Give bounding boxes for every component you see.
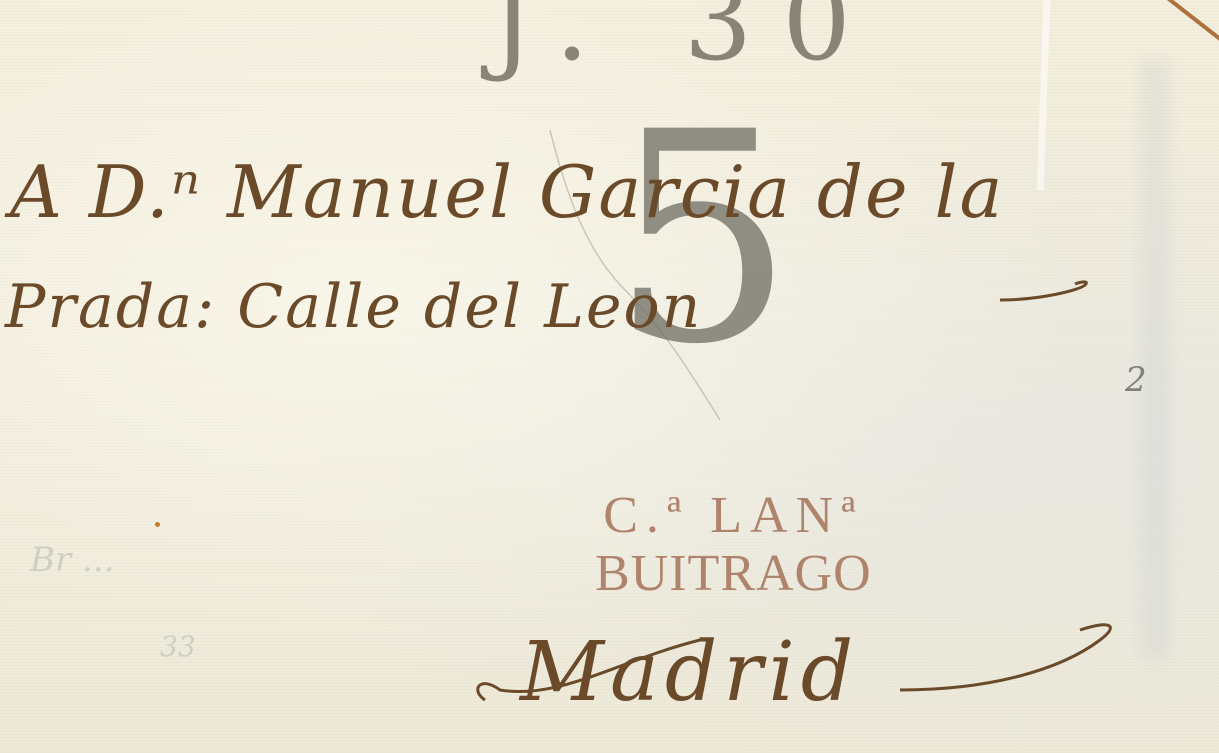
faint-pencil-number: 33 — [160, 630, 196, 663]
pencil-notation: 2 — [1125, 360, 1147, 400]
letter-cover: J. 30 5 C.ª LANª BUITRAGO A D.ⁿ Manuel G… — [0, 0, 1219, 753]
faint-pencil-text: Br ... — [30, 540, 114, 580]
ink-spot — [155, 522, 160, 527]
